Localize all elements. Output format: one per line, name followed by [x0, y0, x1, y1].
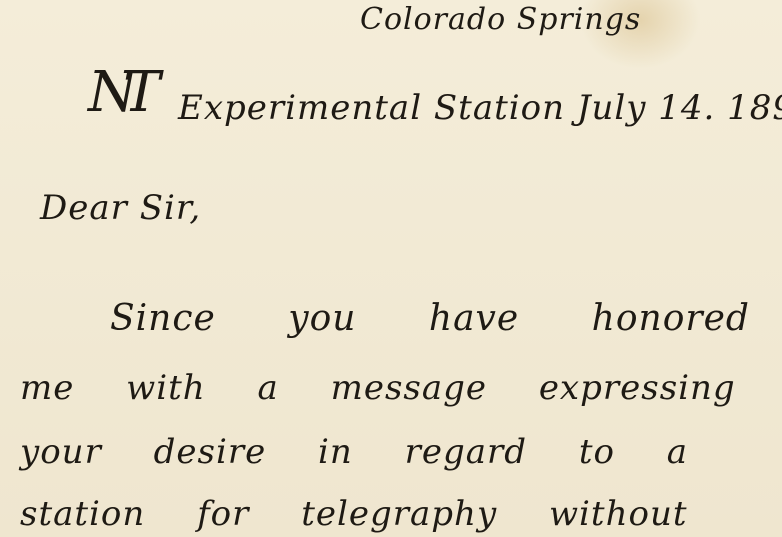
letter-paper: Colorado Springs NT Experimental Station… [0, 0, 782, 537]
letter-body-line: your desire in regard to a [20, 432, 688, 472]
letter-salutation: Dear Sir, [40, 188, 201, 228]
letter-body-line: me with a message expressing [20, 368, 736, 408]
letter-station-date: Experimental Station July 14. 1899 [178, 88, 782, 128]
letter-body-line: station for telegraphy without [20, 494, 688, 534]
letter-body-line: Since you have honored [110, 298, 750, 339]
monogram-logo: NT [88, 60, 146, 125]
letter-place: Colorado Springs [360, 2, 641, 37]
